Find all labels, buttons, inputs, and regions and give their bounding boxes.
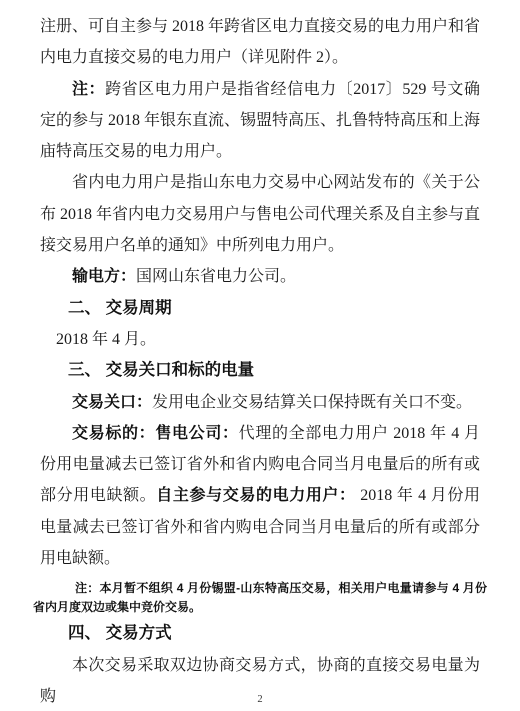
self-participating-users-label: 自主参与交易的电力用户： (156, 487, 355, 504)
section-heading-2-trading-period: 二、 交易周期 (40, 293, 480, 324)
footnote-ximeng-shandong: 注：本月暂不组织 4 月份锡盟-山东特高压交易，相关用户电量请参与 4 月份省内… (33, 579, 487, 617)
paragraph-trading-gateway: 交易关口：发用电企业交易结算关口保持既有关口不变。 (40, 387, 480, 418)
note-cross-province-text: 跨省区电力用户是指省经信电力〔2017〕529 号文确定的参与 2018 年银东… (40, 81, 480, 161)
paragraph-trading-target: 交易标的：售电公司：代理的全部电力用户 2018 年 4 月份用电量减去已签订省… (40, 418, 480, 574)
retail-company-label: 售电公司： (155, 425, 238, 442)
paragraph-intro: 注册、可自主参与 2018 年跨省区电力直接交易的电力用户和省内电力直接交易的电… (40, 11, 480, 74)
paragraph-note-province-users: 省内电力用户是指山东电力交易中心网站发布的《关于公布 2018 年省内电力交易用… (40, 167, 480, 261)
section-heading-3-gateway-and-volume: 三、 交易关口和标的电量 (40, 355, 480, 386)
gateway-label: 交易关口： (72, 394, 152, 411)
paragraph-note-cross-province: 注：跨省区电力用户是指省经信电力〔2017〕529 号文确定的参与 2018 年… (40, 74, 480, 168)
paragraph-trading-period: 2018 年 4 月。 (40, 324, 480, 355)
paragraph-transmitter: 输电方：国网山东省电力公司。 (40, 261, 480, 292)
document-page: 注册、可自主参与 2018 年跨省区电力直接交易的电力用户和省内电力直接交易的电… (0, 0, 520, 711)
transmitter-text: 国网山东省电力公司。 (136, 268, 296, 285)
gateway-text: 发用电企业交易结算关口保持既有关口不变。 (152, 394, 472, 411)
target-label: 交易标的： (72, 425, 155, 442)
transmitter-label: 输电方： (72, 268, 136, 285)
section-heading-4-trading-method: 四、 交易方式 (40, 618, 480, 649)
page-number: 2 (0, 694, 520, 705)
note-label: 注： (72, 81, 105, 98)
